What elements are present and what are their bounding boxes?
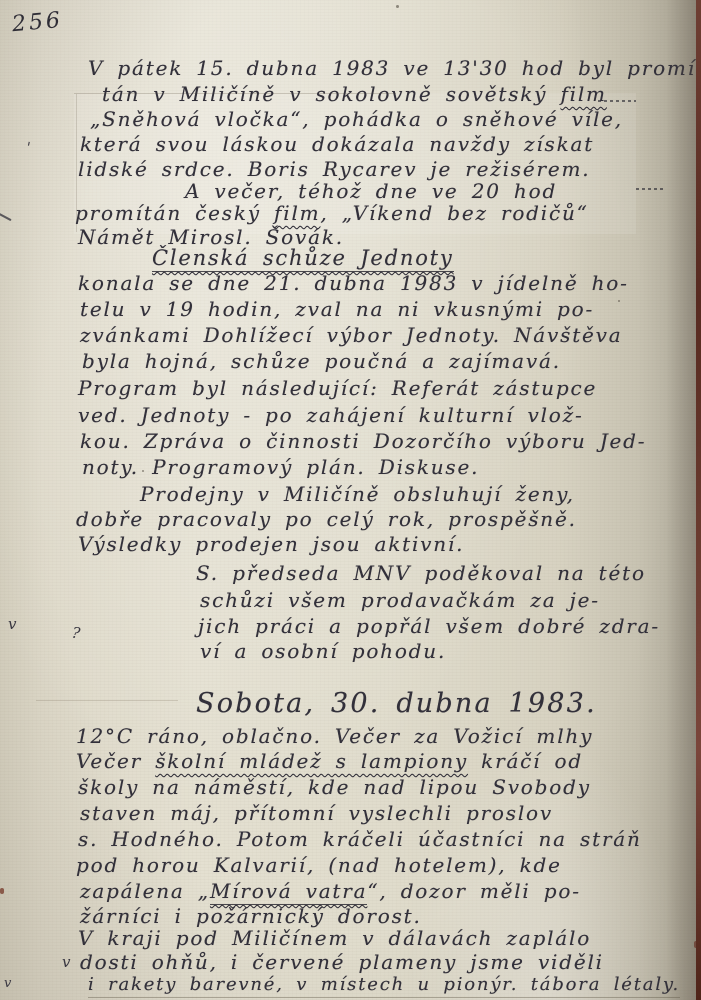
book-edge [696,0,701,1000]
handwritten-line: Program byl následující: Referát zástupc… [78,376,597,400]
line-segment: kou. Zpráva o činnosti Dozorčího výboru … [80,429,646,453]
line-segment: školy na náměstí, kde nad lipou Svobody [78,775,591,799]
handwritten-line: zvánkami Dohlížecí výbor Jednoty. Návště… [80,323,623,347]
heading-text: Sobota, 30. dubna 1983. [196,688,597,719]
handwritten-line: dosti ohňů, i červené plameny jsme viděl… [80,950,604,974]
handwritten-line: noty. Programový plán. Diskuse. [82,455,479,479]
handwritten-line: kou. Zpráva o činnosti Dozorčího výboru … [80,429,646,453]
handwritten-line: pod horou Kalvarií, (nad hotelem), kde [76,853,562,877]
handwritten-line: lidské srdce. Boris Rycarev je režisérem… [78,157,590,181]
handwritten-line: „Sněhová vločka“, pohádka o sněhové víle… [90,107,623,131]
page-curl-shadow [666,0,696,1000]
margin-question-mark: ? [71,624,81,643]
chronicle-page: 256 ' v ? v v V pátek 15. dubna 1983 ve … [0,0,701,1000]
line-segment: , „Víkend bez rodičů“ [320,201,588,225]
line-segment: pod horou Kalvarií, (nad hotelem), kde [76,853,562,877]
line-segment: s. Hodného. Potom kráčeli účastníci na s… [78,827,642,851]
line-segment: Program byl následující: Referát zástupc… [78,376,597,400]
paper-speck [618,300,620,302]
line-segment: schůzi všem prodavačkám za je- [200,588,600,612]
handwritten-line: Prodejny v Miličíně obsluhují ženy, [140,482,575,506]
handwritten-line: konala se dne 21. dubna 1983 v jídelně h… [78,271,629,295]
handwritten-line: byla hojná, schůze poučná a zajímavá. [82,349,561,373]
handwritten-line: V pátek 15. dubna 1983 ve 13'30 hod byl … [88,56,701,80]
line-segment: zapálena „ [80,879,210,903]
handwritten-line: jich práci a popřál všem dobré zdra- [198,614,660,638]
line-segment: V pátek 15. dubna 1983 ve 13'30 hod byl … [88,56,701,80]
line-segment: “, dozor měli po- [367,879,580,903]
line-segment: zvánkami Dohlížecí výbor Jednoty. Návště… [80,323,623,347]
line-segment: ví a osobní pohodu. [200,639,446,663]
handwritten-line: která svou láskou dokázala navždy získat [80,132,594,156]
line-segment: lidské srdce. Boris Rycarev je režisérem… [78,157,590,181]
handwritten-line: zapálena „Mírová vatra“, dozor měli po- [80,879,581,903]
line-segment: která svou láskou dokázala navždy získat [80,132,594,156]
handwritten-line: staven máj, přítomní vyslechli proslov [80,801,553,825]
line-segment: telu v 19 hodin, zval na ni vkusnými po- [80,297,594,321]
line-segment: V kraji pod Miličínem v dálavách zaplálo [78,926,591,950]
margin-check-mark: v [4,976,11,991]
line-segment: A večer, téhož dne ve 20 hod [185,179,557,203]
line-segment: i rakety barevné, v místech u pionýr. tá… [88,974,680,998]
handwritten-line: Večer školní mládež s lampiony kráčí od [76,749,583,773]
underlined-heading-text: Členská schůze Jednoty [152,246,454,272]
line-segment: kráčí od [468,749,583,773]
handwritten-line: ved. Jednoty - po zahájení kulturní vlož… [78,403,584,427]
line-segment: Prodejny v Miličíně obsluhují ženy, [140,482,575,506]
handwritten-line: i rakety barevné, v místech u pionýr. tá… [88,974,680,995]
underlined-phrase: Mírová vatra [210,879,367,905]
handwritten-line: Výsledky prodejen jsou aktivní. [78,532,464,556]
margin-apostrophe-mark: ' [24,140,31,156]
margin-check-mark: v [62,953,70,971]
paper-speck [396,5,399,8]
handwritten-line: žárníci i požárnický dorost. [80,904,422,928]
line-segment: promítán český [75,201,274,225]
handwritten-line: školy na náměstí, kde nad lipou Svobody [78,775,591,799]
handwritten-line: s. Hodného. Potom kráčeli účastníci na s… [78,827,642,851]
line-segment: Výsledky prodejen jsou aktivní. [78,532,464,556]
line-segment: 12°C ráno, oblačno. Večer za Vožicí mlhy [76,724,593,748]
line-segment: Večer [76,749,155,773]
paper-crease-line [36,700,178,701]
handwritten-line: schůzi všem prodavačkám za je- [200,588,600,612]
line-segment: staven máj, přítomní vyslechli proslov [80,801,553,825]
line-segment: byla hojná, schůze poučná a zajímavá. [82,349,561,373]
line-segment: tán v Miličíně v sokolovně sovětský [102,82,560,106]
handwritten-line: promítán český film, „Víkend bez rodičů“ [75,201,589,225]
edge-stain [0,888,4,894]
underlined-phrase: školní mládež s lampiony [155,749,468,773]
handwritten-line: telu v 19 hodin, zval na ni vkusnými po- [80,297,594,321]
line-segment: noty. Programový plán. Diskuse. [82,455,479,479]
underlined-word: film [274,201,320,225]
section-heading: Členská schůze Jednoty [152,246,454,270]
handwritten-line: tán v Miličíně v sokolovně sovětský film [102,82,607,106]
handwritten-line: 12°C ráno, oblačno. Večer za Vožicí mlhy [76,724,593,748]
line-segment: žárníci i požárnický dorost. [80,904,422,928]
handwritten-line: dobře pracovaly po celý rok, prospěšně. [76,507,577,531]
handwritten-line: A večer, téhož dne ve 20 hod [185,179,557,203]
line-segment: dobře pracovaly po celý rok, prospěšně. [76,507,577,531]
margin-check-mark: v [8,615,16,633]
date-heading: Sobota, 30. dubna 1983. [196,688,597,719]
inline-correction-mark [636,188,664,190]
line-segment: konala se dne 21. dubna 1983 v jídelně h… [78,271,629,295]
margin-edge-stroke [0,213,12,221]
line-segment: dosti ohňů, i červené plameny jsme viděl… [80,950,604,974]
handwritten-line: ví a osobní pohodu. [200,639,446,663]
underlined-word: film [560,82,606,106]
handwritten-line: S. předseda MNV poděkoval na této [196,561,646,585]
page-number: 256 [11,8,64,37]
line-segment: S. předseda MNV poděkoval na této [196,561,646,585]
line-segment: „Sněhová vločka“, pohádka o sněhové víle… [90,107,623,131]
handwritten-line: V kraji pod Miličínem v dálavách zaplálo [78,926,591,950]
line-segment: ved. Jednoty - po zahájení kulturní vlož… [78,403,584,427]
line-segment: jich práci a popřál všem dobré zdra- [198,614,660,638]
